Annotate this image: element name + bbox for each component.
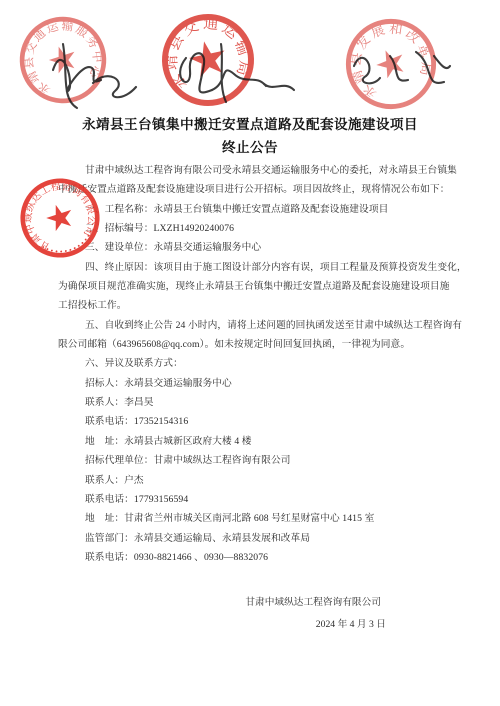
signature-company: 甘肃中域纵达工程咨询有限公司 <box>58 592 442 614</box>
svg-text:肃: 肃 <box>27 231 43 247</box>
doc-line-owner: 三、建设单位：永靖县交通运输服务中心 <box>58 238 442 257</box>
doc-line-contact-person: 联系人：李昌昊 <box>58 393 442 412</box>
doc-line-supervisor-phone: 联系电话：0930-8821466 、0930—8832076 <box>58 548 442 567</box>
svg-text:工: 工 <box>38 183 52 198</box>
doc-line-tender-number: 二、招标编号：LXZH14920240076 <box>58 219 442 238</box>
doc-line: 甘肃中域纵达工程咨询有限公司受永靖县交通运输服务中心的委托，对永靖县王台镇集 <box>58 161 442 180</box>
doc-line-project-name: 一、工程名称：永靖县王台镇集中搬迁安置点道路及配套设施建设项目 <box>58 200 442 219</box>
doc-line-contact-heading: 六、异议及联系方式： <box>58 354 442 373</box>
document-body: 甘肃中域纵达工程咨询有限公司受永靖县交通运输服务中心的委托，对永靖县王台镇集 中… <box>58 161 442 636</box>
doc-line: 工招投标工作。 <box>58 296 442 315</box>
svg-text:甘: 甘 <box>37 238 52 254</box>
doc-line-agency-phone: 联系电话：17793156594 <box>58 490 442 509</box>
signature-block: 甘肃中域纵达工程咨询有限公司 2024 年 4 月 3 日 <box>58 592 442 636</box>
doc-line-agency-address: 地 址：甘肃省兰州市城关区南河北路 608 号红星财富中心 1415 室 <box>58 509 442 528</box>
doc-line-agency-contact: 联系人：户杰 <box>58 471 442 490</box>
doc-line: 为确保项目规范准确实施，现终止永靖县王台镇集中搬迁安置点道路及配套设施建设项目施 <box>58 277 442 296</box>
svg-text:纵: 纵 <box>22 200 38 214</box>
doc-line: 中搬迁安置点道路及配套设施建设项目进行公开招标。项目因故终止，现将情况公布如下： <box>58 180 442 199</box>
signature-date: 2024 年 4 月 3 日 <box>58 614 442 636</box>
document-title: 永靖县王台镇集中搬迁安置点道路及配套设施建设项目 <box>0 114 500 135</box>
svg-text:中: 中 <box>22 222 38 236</box>
doc-line-contact-phone: 联系电话：17352154316 <box>58 412 442 431</box>
document-page: 永靖县王台镇集中搬迁安置点道路及配套设施建设项目 终止公告 甘肃中域纵达工程咨询… <box>0 0 500 706</box>
doc-line-address: 地 址：永靖县古城新区政府大楼 4 楼 <box>58 432 442 451</box>
doc-line-supervisor: 监管部门：永靖县交通运输局、永靖县发展和改革局 <box>58 529 442 548</box>
doc-line-email: 限公司邮箱（643965608@qq.com）。如未按规定时间回复回执函，一律视… <box>58 335 442 354</box>
doc-line-agency: 招标代理单位：甘肃中域纵达工程咨询有限公司 <box>58 451 442 470</box>
title-block: 永靖县王台镇集中搬迁安置点道路及配套设施建设项目 终止公告 <box>0 0 500 158</box>
svg-text:域: 域 <box>22 213 35 223</box>
doc-line-reply-notice: 五、自收到终止公告 24 小时内，请将上述问题的回执函发送至甘肃中域纵达工程咨询… <box>58 316 442 335</box>
doc-line-tenderer: 招标人：永靖县交通运输服务中心 <box>58 374 442 393</box>
document-subtitle: 终止公告 <box>0 137 500 158</box>
doc-line-termination-reason: 四、终止原因：该项目由于施工图设计部分内容有误，项目工程量及预算投资发生变化， <box>58 258 442 277</box>
svg-text:达: 达 <box>28 189 44 205</box>
